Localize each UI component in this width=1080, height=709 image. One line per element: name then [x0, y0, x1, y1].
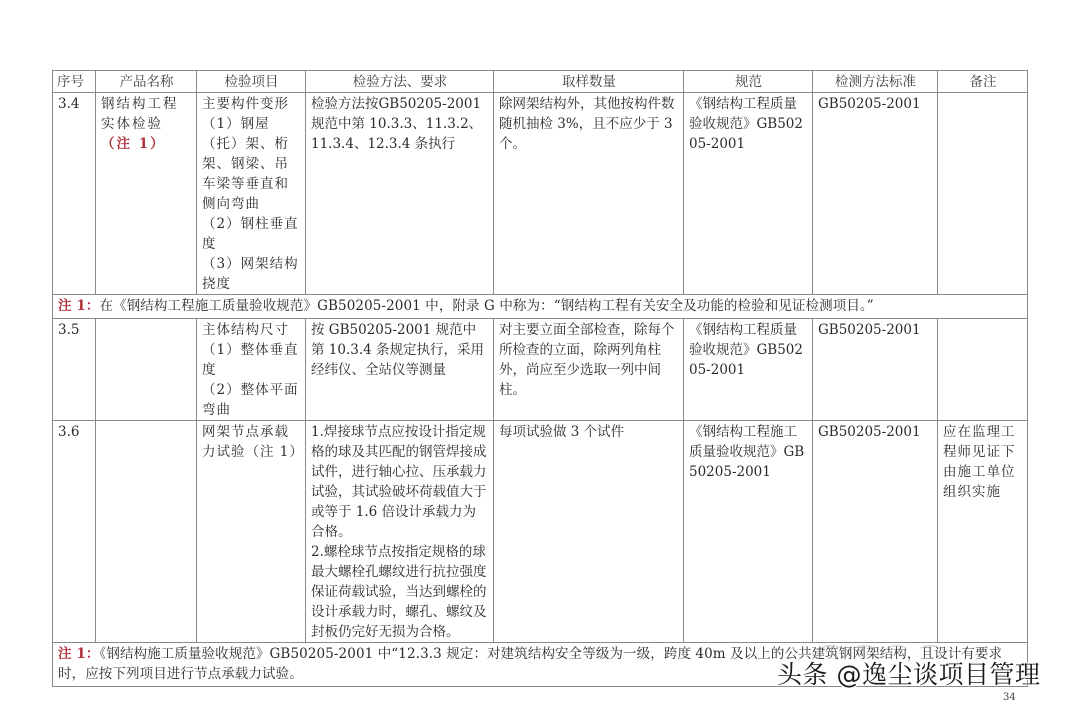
row-method: 按 GB50205-2001 规范中第 10.3.4 条规定执行，采用经纬仪、全…: [306, 319, 494, 421]
row-no: 3.4: [53, 93, 96, 295]
item-line: （2）整体平面弯曲: [202, 380, 301, 420]
row-test-standard: GB50205-2001: [813, 93, 938, 295]
row-standard-ref: 《钢结构工程施工质量验收规范》GB50205-2001: [684, 421, 813, 643]
product-note-ref: （注 1）: [101, 136, 166, 152]
row-items: 主要构件变形 （1）钢屋（托）架、桁架、钢梁、吊车梁等垂直和侧向弯曲 （2）钢柱…: [197, 93, 306, 295]
row-items: 网架节点承载力试验（注 1）: [197, 421, 306, 643]
table-row: 3.6 网架节点承载力试验（注 1） 1.焊接球节点应按设计指定规格的球及其匹配…: [53, 421, 1028, 643]
row-standard-ref: 《钢结构工程质量验收规范》GB50205-2001: [684, 93, 813, 295]
note-text: 在《钢结构工程施工质量验收规范》GB50205-2001 中，附录 G 中称为：…: [100, 298, 874, 314]
note-label: 注 1：: [58, 646, 100, 662]
method-item: 2.螺栓球节点按指定规格的球最大螺栓孔螺纹进行抗拉强度保证荷载试验，当达到螺栓的…: [311, 542, 489, 642]
table-row: 3.5 主体结构尺寸 （1）整体垂直度 （2）整体平面弯曲 按 GB50205-…: [53, 319, 1028, 421]
inspection-table: 序号 产品名称 检验项目 检验方法、要求 取样数量 规范 检测方法标准 备注 3…: [52, 70, 1028, 687]
header-remark: 备注: [938, 71, 1028, 93]
method-item: 1.焊接球节点应按设计指定规格的球及其匹配的钢管焊接成试件，进行轴心拉、压承载力…: [311, 422, 489, 542]
header-items: 检验项目: [197, 71, 306, 93]
item-line: （2）钢柱垂直度: [202, 214, 301, 254]
page-number: 34: [1003, 692, 1016, 703]
row-remark: 应在监理工程师见证下由施工单位组织实施: [938, 421, 1028, 643]
header-test-standard: 检测方法标准: [813, 71, 938, 93]
header-method: 检验方法、要求: [306, 71, 494, 93]
row-product: 钢结构工程实体检验 （注 1）: [96, 93, 197, 295]
note-cell: 注 1：在《钢结构工程施工质量验收规范》GB50205-2001 中，附录 G …: [53, 295, 1028, 319]
item-line: （1）钢屋（托）架、桁架、钢梁、吊车梁等垂直和侧向弯曲: [202, 114, 301, 214]
document-page: 序号 产品名称 检验项目 检验方法、要求 取样数量 规范 检测方法标准 备注 3…: [0, 0, 1080, 709]
item-line: 主体结构尺寸: [202, 320, 301, 340]
row-sampling: 对主要立面全部检查，除每个所检查的立面，除两列角柱外，尚应至少选取一列中间柱。: [494, 319, 684, 421]
header-product: 产品名称: [96, 71, 197, 93]
row-sampling: 每项试验做 3 个试件: [494, 421, 684, 643]
item-line: 主要构件变形: [202, 94, 301, 114]
table-header-row: 序号 产品名称 检验项目 检验方法、要求 取样数量 规范 检测方法标准 备注: [53, 71, 1028, 93]
product-name: 钢结构工程实体检验: [101, 96, 179, 132]
note-label: 注 1：: [58, 298, 100, 314]
row-product: [96, 421, 197, 643]
row-remark: [938, 93, 1028, 295]
watermark: 头条 @逸尘谈项目管理: [777, 655, 1040, 691]
row-remark: [938, 319, 1028, 421]
item-line: （1）整体垂直度: [202, 340, 301, 380]
row-no: 3.5: [53, 319, 96, 421]
row-standard-ref: 《钢结构工程质量验收规范》GB50205-2001: [684, 319, 813, 421]
row-product: [96, 319, 197, 421]
header-no: 序号: [53, 71, 96, 93]
row-items: 主体结构尺寸 （1）整体垂直度 （2）整体平面弯曲: [197, 319, 306, 421]
row-test-standard: GB50205-2001: [813, 319, 938, 421]
row-no: 3.6: [53, 421, 96, 643]
table-row: 3.4 钢结构工程实体检验 （注 1） 主要构件变形 （1）钢屋（托）架、桁架、…: [53, 93, 1028, 295]
row-test-standard: GB50205-2001: [813, 421, 938, 643]
header-standard-ref: 规范: [684, 71, 813, 93]
header-sampling: 取样数量: [494, 71, 684, 93]
note-row: 注 1：在《钢结构工程施工质量验收规范》GB50205-2001 中，附录 G …: [53, 295, 1028, 319]
row-method: 1.焊接球节点应按设计指定规格的球及其匹配的钢管焊接成试件，进行轴心拉、压承载力…: [306, 421, 494, 643]
row-method: 检验方法按GB50205-2001规范中第 10.3.3、11.3.2、11.3…: [306, 93, 494, 295]
row-sampling: 除网架结构外，其他按构件数随机抽检 3%，且不应少于 3 个。: [494, 93, 684, 295]
item-line: （3）网架结构挠度: [202, 254, 301, 294]
